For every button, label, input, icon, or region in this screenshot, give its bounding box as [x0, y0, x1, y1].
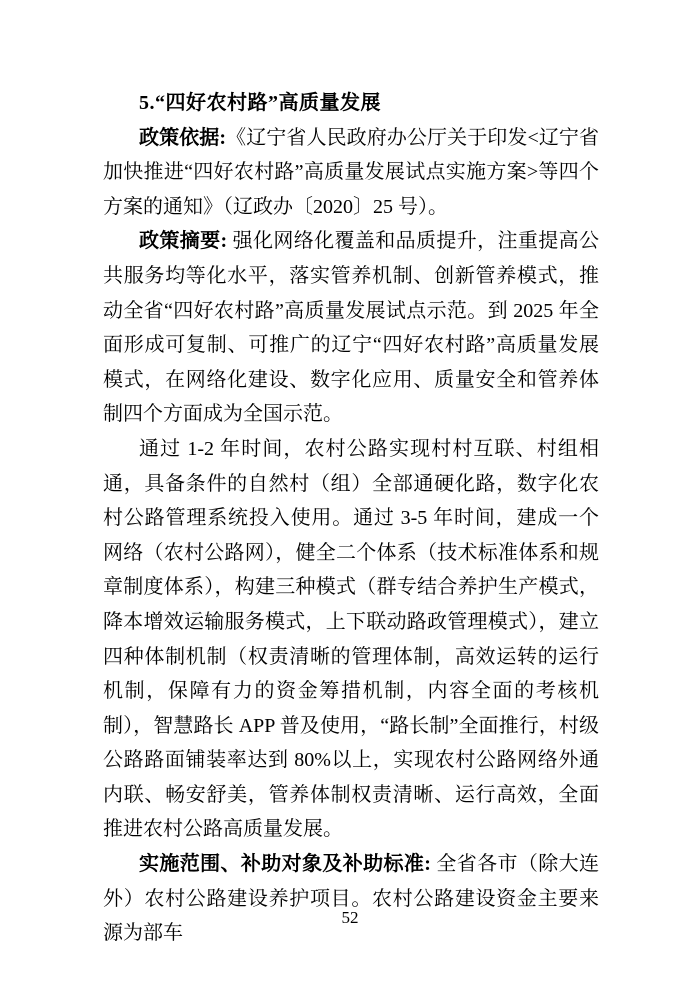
paragraph-policy-basis: 政策依据:《辽宁省人民政府办公厅关于印发<辽宁省加快推进“四好农村路”高质量发展… [103, 121, 599, 225]
paragraph-policy-summary: 政策摘要: 强化网络化覆盖和品质提升，注重提高公共服务均等化水平，落实管养机制、… [103, 224, 599, 432]
paragraph-lead: 实施范围、补助对象及补助标准: [139, 853, 436, 875]
page-number: 52 [0, 906, 700, 930]
paragraph-lead: 政策摘要: [139, 230, 233, 252]
document-page: 5.“四好农村路”高质量发展 政策依据:《辽宁省人民政府办公厅关于印发<辽宁省加… [0, 0, 700, 990]
paragraph-goals: 通过 1-2 年时间，农村公路实现村村互联、村组相通，具备条件的自然村（组）全部… [103, 432, 599, 847]
paragraph-scope-subsidy: 实施范围、补助对象及补助标准: 全省各市（除大连外）农村公路建设养护项目。农村公… [103, 847, 599, 951]
paragraph-text: 通过 1-2 年时间，农村公路实现村村互联、村组相通，具备条件的自然村（组）全部… [103, 438, 599, 841]
paragraph-text: 强化网络化覆盖和品质提升，注重提高公共服务均等化水平，落实管养机制、创新管养模式… [103, 230, 599, 425]
text-block: 5.“四好农村路”高质量发展 政策依据:《辽宁省人民政府办公厅关于印发<辽宁省加… [103, 86, 599, 951]
section-heading: 5.“四好农村路”高质量发展 [103, 86, 599, 121]
paragraph-lead: 政策依据: [139, 127, 226, 149]
